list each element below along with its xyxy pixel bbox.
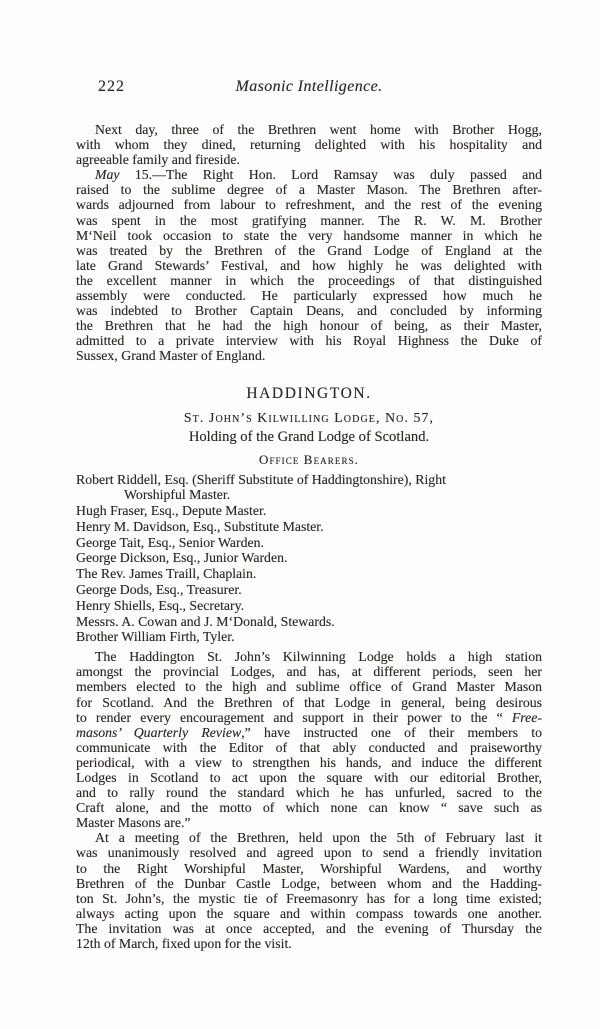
scanned-page: 222 Masonic Intelligence. Next day, thre… (0, 0, 600, 1029)
holding-subheading: Holding of the Grand Lodge of Scotland. (76, 429, 542, 446)
office-bearer-entry: Henry Shiells, Esq., Secretary. (76, 598, 542, 614)
paragraph-meeting-invitation: At a meeting of the Brethren, held upon … (76, 830, 542, 951)
text-segment: admitted to a private interview with his… (76, 333, 542, 348)
text-line: with whom they dined, returning delighte… (76, 137, 542, 152)
text-segment: agreeable family and fireside. (76, 152, 240, 167)
text-segment: Brethren of the Dunbar Castle Lodge, bet… (76, 876, 542, 891)
italic-text-segment: Free- (512, 710, 542, 725)
text-line: Messrs. A. Cowan and J. M‘Donald, Stewar… (76, 614, 542, 630)
office-bearer-entry: Brother William Firth, Tyler. (76, 629, 542, 645)
text-segment: Henry M. Davidson, Esq., Substitute Mast… (76, 519, 324, 534)
text-segment: At a meeting of the Brethren, held upon … (95, 830, 542, 845)
office-bearers-list: Robert Riddell, Esq. (Sheriff Substitute… (76, 472, 542, 646)
text-line: Sussex, Grand Master of England. (76, 348, 542, 363)
text-line: was treated by the Brethren of the Grand… (76, 243, 542, 258)
text-segment: periodical, with a view to strengthen hi… (76, 755, 542, 770)
paragraph-lodge-station: The Haddington St. John’s Kilwinning Lod… (76, 649, 542, 830)
text-line: May 15.—The Right Hon. Lord Ramsay was d… (76, 167, 542, 182)
text-line: Next day, three of the Brethren went hom… (76, 122, 542, 137)
italic-text-segment: May (95, 167, 120, 182)
text-segment: was unanimously resolved and agreed upon… (76, 845, 542, 860)
text-line: Henry Shiells, Esq., Secretary. (76, 598, 542, 614)
text-column: 222 Masonic Intelligence. Next day, thre… (76, 78, 542, 951)
text-line: wards adjourned from labour to refreshme… (76, 197, 542, 212)
text-line: always acting upon the square and within… (76, 906, 542, 921)
text-line: was indebted to Brother Captain Deans, a… (76, 303, 542, 318)
lodge-name-subheading: St. John’s Kilwilling Lodge, No. 57, (76, 410, 542, 426)
office-bearer-entry: Hugh Fraser, Esq., Depute Master. (76, 503, 542, 519)
text-segment: Craft alone, and the motto of which none… (76, 800, 542, 815)
text-line: Robert Riddell, Esq. (Sheriff Substitute… (76, 472, 542, 488)
text-segment: was spent in the most gratifying manner.… (76, 213, 542, 228)
text-segment: George Tait, Esq., Senior Warden. (76, 535, 264, 550)
running-head: 222 Masonic Intelligence. (76, 78, 542, 98)
text-line: for Scotland. And the Brethren of that L… (76, 695, 542, 710)
text-line: the Brethren that he had the high honour… (76, 318, 542, 333)
text-segment: The Haddington St. John’s Kilwinning Lod… (95, 649, 542, 664)
text-segment: Brother William Firth, Tyler. (76, 629, 235, 644)
text-segment: The Rev. James Traill, Chaplain. (76, 566, 256, 581)
text-segment: was treated by the Brethren of the Grand… (76, 243, 542, 258)
text-line: Worshipful Master. (76, 487, 542, 503)
text-segment: with whom they dined, returning delighte… (76, 137, 542, 152)
text-segment: Sussex, Grand Master of England. (76, 348, 265, 363)
text-line: Henry M. Davidson, Esq., Substitute Mast… (76, 519, 542, 535)
text-segment: M‘Neil took occasion to state the very h… (76, 228, 542, 243)
text-segment: the Brethren that he had the high honour… (76, 318, 542, 333)
text-line: The invitation was at once accepted, and… (76, 921, 542, 936)
text-line: assembly were conducted. He particularly… (76, 288, 542, 303)
office-bearer-entry: The Rev. James Traill, Chaplain. (76, 566, 542, 582)
office-bearer-entry: Robert Riddell, Esq. (Sheriff Substitute… (76, 472, 542, 504)
text-segment: Messrs. A. Cowan and J. M‘Donald, Stewar… (76, 614, 335, 629)
text-segment: late Grand Stewards’ Festival, and how h… (76, 258, 542, 273)
text-segment: 12th of March, fixed upon for the visit. (76, 936, 292, 951)
text-line: was unanimously resolved and agreed upon… (76, 845, 542, 860)
office-bearer-entry: George Dickson, Esq., Junior Warden. (76, 550, 542, 566)
text-segment: Next day, three of the Brethren went hom… (95, 122, 542, 137)
text-segment: communicate with the Editor of that ably… (76, 740, 542, 755)
text-segment: wards adjourned from labour to refreshme… (76, 197, 542, 212)
text-segment: to render every encouragement and suppor… (76, 710, 512, 725)
paragraph-brother-hogg: Next day, three of the Brethren went hom… (76, 122, 542, 167)
text-line: Brother William Firth, Tyler. (76, 629, 542, 645)
text-line: to the Right Worshipful Master, Worshipf… (76, 861, 542, 876)
text-segment: the excellent manner in which the procee… (76, 273, 542, 288)
text-line: George Dickson, Esq., Junior Warden. (76, 550, 542, 566)
text-segment: was indebted to Brother Captain Deans, a… (76, 303, 542, 318)
text-line: and to rally round the standard which he… (76, 785, 542, 800)
text-segment: Henry Shiells, Esq., Secretary. (76, 598, 244, 613)
text-line: communicate with the Editor of that ably… (76, 740, 542, 755)
text-line: masons’ Quarterly Review,” have instruct… (76, 725, 542, 740)
text-line: to render every encouragement and suppor… (76, 710, 542, 725)
text-segment: The invitation was at once accepted, and… (76, 921, 542, 936)
text-line: Brethren of the Dunbar Castle Lodge, bet… (76, 876, 542, 891)
running-title: Masonic Intelligence. (76, 78, 542, 96)
text-line: periodical, with a view to strengthen hi… (76, 755, 542, 770)
paragraph-may-15: May 15.—The Right Hon. Lord Ramsay was d… (76, 167, 542, 363)
text-segment: raised to the sublime degree of a Master… (76, 182, 542, 197)
text-line: At a meeting of the Brethren, held upon … (76, 830, 542, 845)
office-bearer-entry: Messrs. A. Cowan and J. M‘Donald, Stewar… (76, 614, 542, 630)
text-line: raised to the sublime degree of a Master… (76, 182, 542, 197)
text-segment: Robert Riddell, Esq. (Sheriff Substitute… (76, 472, 446, 487)
text-line: Lodges in Scotland to act upon the squar… (76, 770, 542, 785)
text-line: George Dods, Esq., Treasurer. (76, 582, 542, 598)
office-bearer-entry: George Tait, Esq., Senior Warden. (76, 535, 542, 551)
text-line: The Haddington St. John’s Kilwinning Lod… (76, 649, 542, 664)
text-line: the excellent manner in which the procee… (76, 273, 542, 288)
text-line: Hugh Fraser, Esq., Depute Master. (76, 503, 542, 519)
office-bearer-entry: Henry M. Davidson, Esq., Substitute Mast… (76, 519, 542, 535)
text-segment: Master Masons are.” (76, 815, 191, 830)
text-line: 12th of March, fixed upon for the visit. (76, 936, 542, 951)
section-heading-haddington: HADDINGTON. (76, 385, 542, 403)
text-line: admitted to a private interview with his… (76, 333, 542, 348)
text-segment: ,” have instructed one of their members … (241, 725, 542, 740)
text-segment: amongst the provincial Lodges, and has, … (76, 664, 542, 679)
text-segment: Lodges in Scotland to act upon the squar… (76, 770, 542, 785)
text-line: Craft alone, and the motto of which none… (76, 800, 542, 815)
text-segment: assembly were conducted. He particularly… (76, 288, 542, 303)
italic-text-segment: masons’ Quarterly Review (76, 725, 241, 740)
text-segment: Worshipful Master. (124, 487, 230, 502)
text-line: members elected to the high and sublime … (76, 679, 542, 694)
text-line: M‘Neil took occasion to state the very h… (76, 228, 542, 243)
text-segment: Hugh Fraser, Esq., Depute Master. (76, 503, 266, 518)
text-line: George Tait, Esq., Senior Warden. (76, 535, 542, 551)
text-segment: and to rally round the standard which he… (76, 785, 542, 800)
text-segment: members elected to the high and sublime … (76, 679, 542, 694)
text-line: was spent in the most gratifying manner.… (76, 213, 542, 228)
office-bearer-entry: George Dods, Esq., Treasurer. (76, 582, 542, 598)
text-line: amongst the provincial Lodges, and has, … (76, 664, 542, 679)
text-segment: 15.—The Right Hon. Lord Ramsay was duly … (120, 167, 542, 182)
text-segment: George Dods, Esq., Treasurer. (76, 582, 242, 597)
text-segment: ton St. John’s, the mystic tie of Freema… (76, 891, 542, 906)
office-bearers-heading: Office Bearers. (76, 452, 542, 468)
text-line: The Rev. James Traill, Chaplain. (76, 566, 542, 582)
text-line: ton St. John’s, the mystic tie of Freema… (76, 891, 542, 906)
page-number: 222 (98, 78, 125, 96)
text-segment: George Dickson, Esq., Junior Warden. (76, 550, 287, 565)
text-line: agreeable family and fireside. (76, 152, 542, 167)
text-segment: for Scotland. And the Brethren of that L… (76, 695, 542, 710)
text-line: Master Masons are.” (76, 815, 542, 830)
text-segment: always acting upon the square and within… (76, 906, 542, 921)
text-line: late Grand Stewards’ Festival, and how h… (76, 258, 542, 273)
text-segment: to the Right Worshipful Master, Worshipf… (76, 861, 542, 876)
